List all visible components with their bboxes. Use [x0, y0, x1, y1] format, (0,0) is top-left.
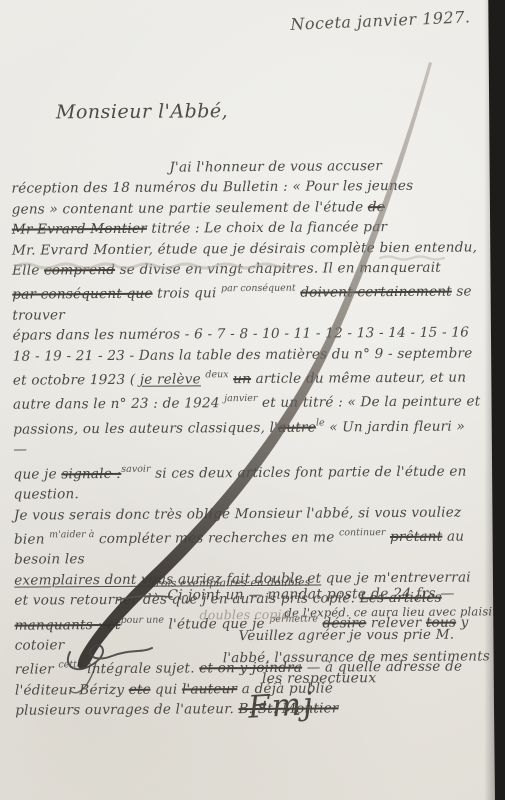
letter: Noceta janvier 1927. Monsieur l'Abbé, J'… [0, 0, 505, 800]
letter-closing: trois exemplaires en doublesCi-joint un … [0, 0, 505, 800]
handwritten-text: les respectueux [262, 670, 377, 687]
closing-line: Ci-joint un — mandat poste de 24 frs — [167, 586, 454, 604]
handwritten-text: Veuillez agréer je vous prie M. [239, 627, 455, 645]
closing-line: doubles copie [199, 607, 289, 623]
handwritten-text: l'abbé, l'assurance de mes sentiments [223, 648, 490, 666]
closing-line: Veuillez agréer je vous prie M. [239, 627, 455, 645]
closing-line: de l'expéd. ce aura lieu avec plaisir [284, 604, 498, 619]
closing-line: l'abbé, l'assurance de mes sentiments [223, 648, 490, 666]
signature: Fmj [247, 686, 316, 726]
scanned-letter-page: Noceta janvier 1927. Monsieur l'Abbé, J'… [0, 0, 505, 800]
closing-line: les respectueux [262, 670, 377, 687]
handwritten-text: doubles copie [199, 607, 289, 623]
handwritten-text: Ci-joint un — mandat poste de 24 frs — [167, 586, 454, 604]
handwritten-text: de l'expéd. ce aura lieu avec plaisir [284, 604, 498, 619]
